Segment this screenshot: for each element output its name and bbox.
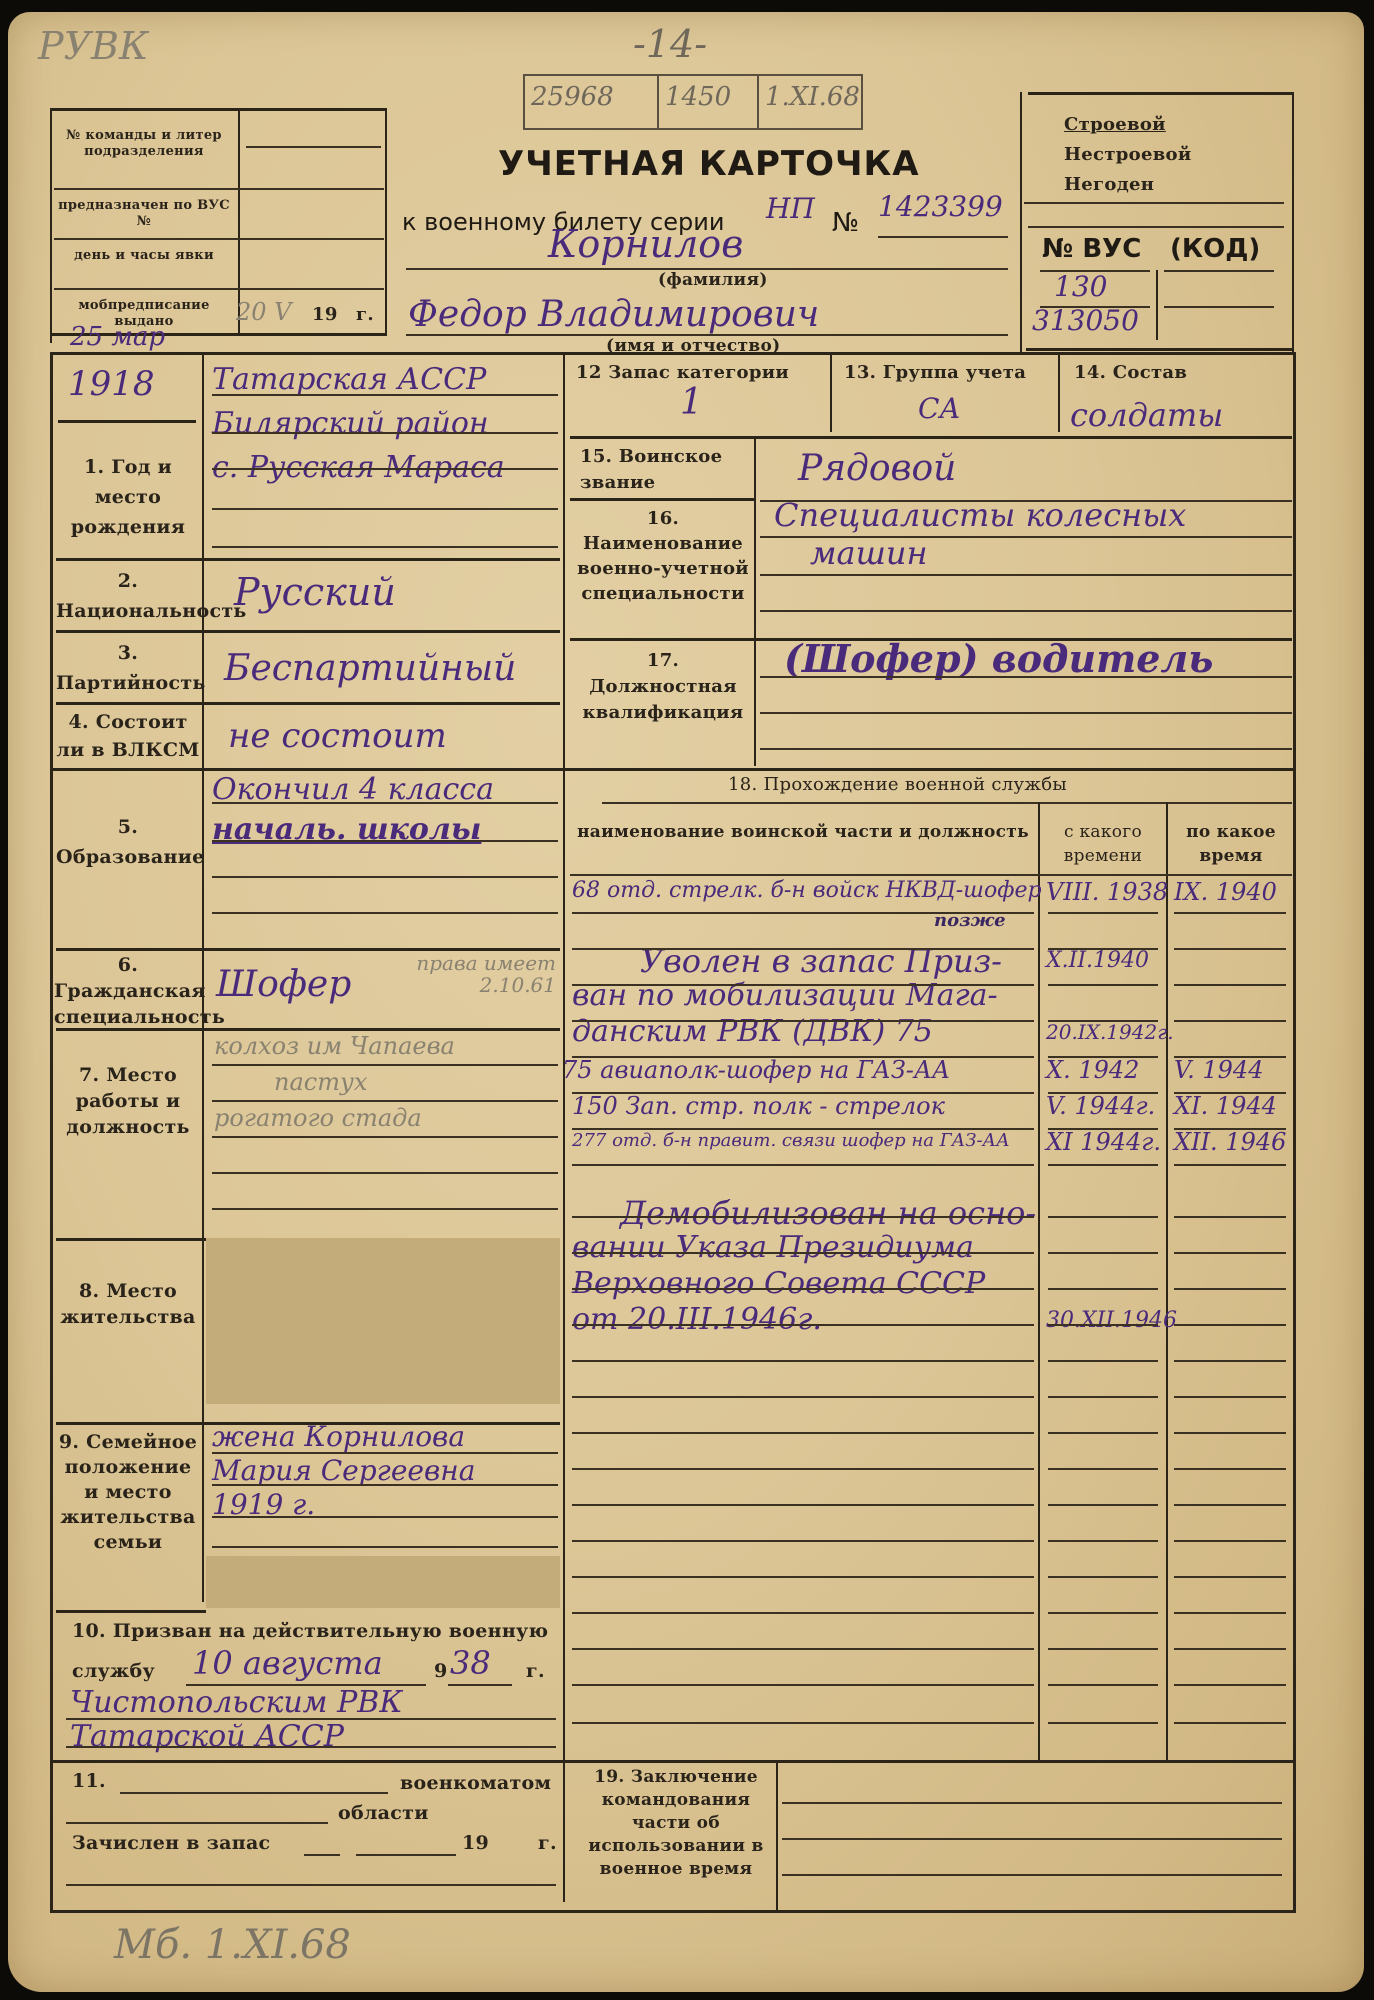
service-to: IX. 1940	[1174, 878, 1277, 906]
komsomol-label: 4. Состоит ли в ВЛКСМ	[52, 708, 204, 764]
education-label: 5. Образование	[56, 812, 200, 872]
table-row: данским РВК (ДВК) 75 20.IX.1942г.	[570, 1020, 1292, 1056]
stamp-value: 25968	[531, 82, 614, 112]
redacted-residence	[206, 1238, 560, 1404]
service-to: V. 1944	[1174, 1056, 1263, 1084]
command-box: № команды и литер подразделения предназн…	[50, 108, 390, 343]
rank-value: Рядовой	[798, 448, 956, 489]
code-label: (КОД)	[1170, 234, 1260, 264]
nationality-value: Русский	[234, 570, 396, 614]
service-from: X.II.1940	[1046, 948, 1149, 973]
pencil-note-top: РУВК	[38, 24, 148, 68]
year-prefix: 19	[462, 1832, 489, 1854]
fitness-options: Строевой Нестроевой Негоден	[1064, 110, 1191, 200]
rank-label: 15. Воинское звание	[580, 444, 750, 496]
page-title: УЧЕТНАЯ КАРТОЧКА	[498, 144, 920, 184]
table-row: 68 отд. стрелк. б-н войск НКВД-шофер VII…	[570, 878, 1292, 914]
service-from: V. 1944г.	[1046, 1092, 1155, 1120]
service-from: VIII. 1938	[1046, 878, 1168, 906]
name-patronymic: Федор Владимирович	[408, 294, 819, 335]
birth-year: 1918	[68, 364, 155, 404]
table-row: 277 отд. б-н правит. связи шофер на ГАЗ-…	[570, 1128, 1292, 1164]
command-number-label: № команды и литер подразделения	[54, 128, 234, 161]
service-unit: Верховного Совета СССР	[572, 1266, 985, 1301]
account-group-label: 13. Группа учета	[844, 362, 1026, 383]
workplace-value: колхоз им Чапаева пастух рогатого стада	[214, 1028, 455, 1136]
workplace-line: пастух	[214, 1064, 455, 1100]
service-unit: вании Указа Президиума	[572, 1230, 974, 1265]
reserve-category-value: 1	[680, 382, 703, 423]
fitness-box: Строевой Нестроевой Негоден № ВУС (КОД) …	[1020, 92, 1296, 354]
education-value: Окончил 4 класса началь. школы	[212, 770, 494, 850]
year-prefix: 19	[312, 304, 338, 325]
reserve-number: 11.	[72, 1770, 106, 1792]
surname: Корнилов	[548, 222, 743, 266]
redacted-family-residence	[206, 1556, 560, 1608]
service-unit: Демобилизован на осно-	[620, 1194, 1036, 1232]
year-suffix: г.	[526, 1660, 545, 1682]
birth-label: 1. Год и место рождения	[56, 452, 200, 542]
service-from: 20.IX.1942г.	[1046, 1020, 1174, 1044]
ticket-series: НП	[766, 192, 815, 225]
service-from: XI 1944г.	[1046, 1128, 1161, 1156]
service-to: XII. 1946	[1174, 1128, 1286, 1156]
nationality-label: 2. Национальность	[56, 566, 200, 626]
party-label: 3. Партийность	[56, 638, 200, 698]
civil-specialty-label: 6. Гражданская специальность	[54, 952, 202, 1030]
education-line: Окончил 4 класса	[212, 770, 494, 810]
family-line: Мария Сергеевна	[212, 1454, 475, 1488]
service-to: XI. 1944	[1174, 1092, 1277, 1120]
vus-name-label: 16. Наименование военно-учетной специаль…	[574, 506, 752, 606]
account-group-value: СА	[918, 392, 961, 425]
mob-order-date: 20 V	[236, 298, 292, 326]
service-unit: 150 Зап. стр. полк - стрелок	[572, 1092, 945, 1120]
vus-name-line: машин	[774, 534, 1186, 572]
service-unit: 75 авиаполк-шофер на ГАЗ-АА	[562, 1056, 950, 1084]
conscription-office-line: Татарской АССР	[70, 1720, 403, 1754]
vus-label: № ВУС	[1042, 234, 1141, 264]
workplace-label: 7. Место работы и должность	[56, 1062, 200, 1140]
service-col-from: с какого времени	[1042, 820, 1164, 868]
service-title: 18. Прохождение военной службы	[728, 774, 1067, 795]
fitness-option-noncombat: Нестроевой	[1064, 140, 1191, 170]
service-col-to: по какое время	[1170, 820, 1292, 868]
vus-name-line: Специалисты колесных	[774, 496, 1186, 534]
vus-name-value: Специалисты колесных машин	[774, 496, 1186, 572]
qualification-label: 17. Должностная квалификация	[574, 648, 752, 726]
conscription-label: 10. Призван на действительную военную	[72, 1620, 548, 1642]
workplace-line: колхоз им Чапаева	[214, 1028, 455, 1064]
registration-card: РУВК -14- 25968 1450 1.XI.68 № команды и…	[8, 12, 1364, 1992]
family-value: жена Корнилова Мария Сергеевна 1919 г.	[212, 1420, 475, 1522]
year-suffix: г.	[356, 304, 374, 325]
service-unit: 68 отд. стрелк. б-н войск НКВД-шофер	[572, 878, 1042, 903]
year-suffix: г.	[538, 1832, 557, 1854]
composition-label: 14. Состав	[1074, 362, 1187, 383]
license-note: права имеет 2.10.61	[396, 952, 556, 996]
fitness-option-combat: Строевой	[1064, 110, 1191, 140]
commissariat-label: военкоматом	[400, 1772, 551, 1794]
assigned-vus-label: предназначен по ВУС №	[54, 198, 234, 231]
conscription-date: 10 августа	[192, 1644, 383, 1682]
arrival-time-label: день и часы явки	[54, 248, 234, 264]
code-value: 313050	[1032, 304, 1139, 337]
birth-place: Татарская АССР Билярский район с. Русска…	[212, 358, 505, 490]
service-from: 30.XII.1946	[1046, 1308, 1177, 1333]
stamp-value: 1.XI.68	[765, 82, 860, 112]
birth-place-line: Билярский район	[212, 402, 505, 446]
footer-pencil-note: Мб. 1.XI.68	[114, 1922, 351, 1968]
service-col-unit: наименование воинской части и должность	[570, 820, 1036, 844]
enlisted-label: Зачислен в запас	[72, 1832, 270, 1854]
ticket-number: 1423399	[878, 190, 1003, 223]
conscription-office: Чистопольским РВК Татарской АССР	[70, 1686, 403, 1754]
ticket-number-label: №	[832, 208, 859, 238]
family-label: 9. Семейное положение и место жительства…	[54, 1430, 202, 1555]
party-value: Беспартийный	[224, 648, 516, 689]
service-unit: от 20.III.1946г.	[572, 1302, 822, 1337]
year-prefix: 9	[434, 1660, 448, 1682]
qualification-value: (Шофер) водитель	[784, 636, 1213, 681]
workplace-line: рогатого стада	[214, 1100, 455, 1136]
service-from: X. 1942	[1046, 1056, 1139, 1084]
residence-label: 8. Место жительства	[56, 1278, 200, 1330]
conscription-year: 38	[450, 1644, 491, 1682]
table-row: 75 авиаполк-шофер на ГАЗ-АА X. 1942 V. 1…	[570, 1056, 1292, 1092]
service-unit: 277 отд. б-н правит. связи шофер на ГАЗ-…	[572, 1130, 1010, 1151]
vus-value: 130	[1054, 270, 1107, 303]
komsomol-value: не состоит	[228, 716, 447, 756]
conclusion-label: 19. Заключение командования части об исп…	[580, 1766, 772, 1881]
civil-specialty-value: Шофер	[216, 964, 351, 1005]
fitness-option-unfit: Негоден	[1064, 170, 1191, 200]
page-number: -14-	[633, 22, 707, 66]
reserve-category-label: 12 Запас категории	[576, 362, 789, 383]
composition-value: солдаты	[1070, 396, 1223, 434]
table-row: от 20.III.1946г. 30.XII.1946	[570, 1308, 1292, 1344]
issued-note: 25 мар	[70, 322, 165, 352]
surname-caption: (фамилия)	[658, 270, 768, 290]
region-label: области	[338, 1802, 429, 1824]
education-line: началь. школы	[212, 810, 494, 850]
stamp-value: 1450	[665, 82, 731, 112]
conscription-label-2: службу	[72, 1660, 155, 1682]
conscription-office-line: Чистопольским РВК	[70, 1686, 403, 1720]
stamp-box: 25968 1450 1.XI.68	[523, 74, 863, 130]
table-row: 150 Зап. стр. полк - стрелок V. 1944г. X…	[570, 1092, 1292, 1128]
family-line: жена Корнилова	[212, 1420, 475, 1454]
